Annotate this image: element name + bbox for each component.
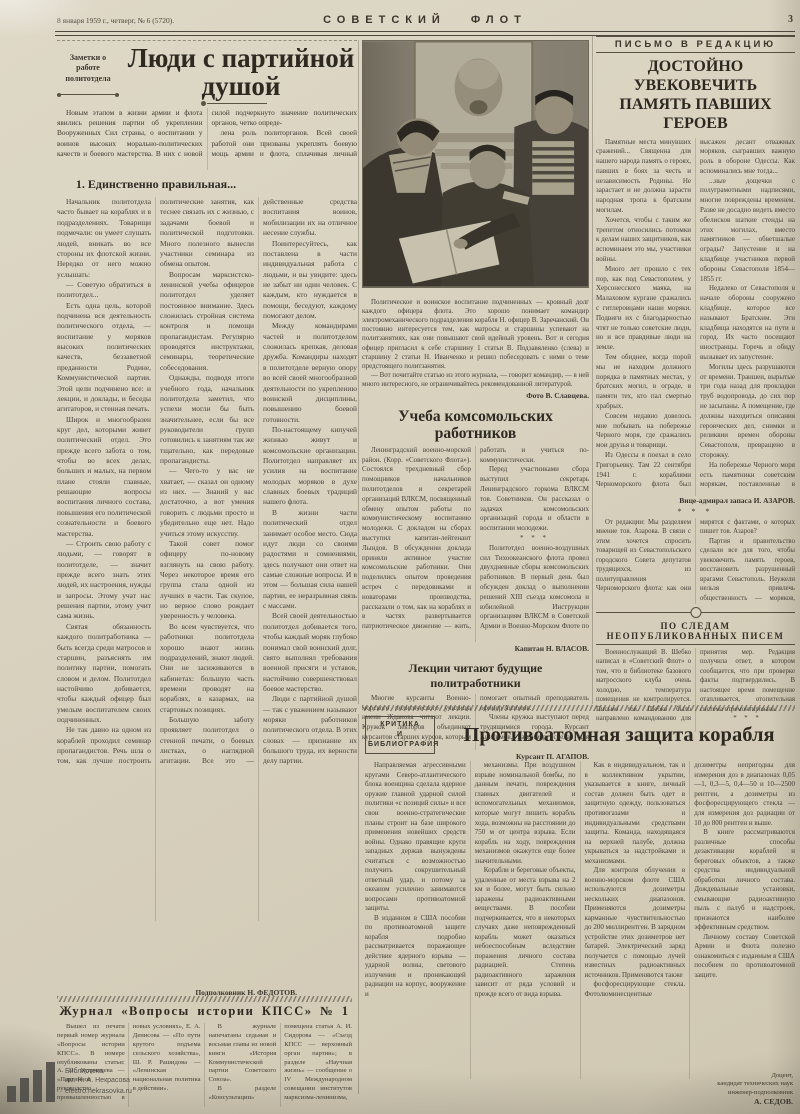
lead-body-columns: Начальник политотдела часто бывает на ко… xyxy=(57,197,357,921)
library-url: electro.nekrasovka.ru xyxy=(65,1088,132,1097)
book-review-article: КРИТИКА И БИБЛИОГРАФИЯ Противоатомная за… xyxy=(365,716,795,1108)
lectures-article-title: Лекции читают будущие политработники xyxy=(362,661,589,691)
lead-kicker: Заметки о работе политотдела xyxy=(57,45,119,100)
photo-sailors-reading xyxy=(362,40,589,288)
right-column: ПИСЬМО В РЕДАКЦИЮ ДОСТОЙНО УВЕКОВЕЧИТЬ П… xyxy=(596,36,795,732)
critique-label-line2: И БИБЛИОГРАФИЯ xyxy=(368,730,432,750)
critique-bibliography-box: КРИТИКА И БИБЛИОГРАФИЯ xyxy=(365,716,435,754)
newspaper-page-scan: { "colors": {"paper": "#d8d1be", "ink": … xyxy=(0,0,800,1114)
column-rule-right xyxy=(592,36,593,704)
library-watermark: Библиотека им. Н. А. Некрасова electro.n… xyxy=(7,1056,132,1102)
photo-credit: Фото В. Славцева. xyxy=(362,391,589,400)
newspaper-title: СОВЕТСКИЙ ФЛОТ xyxy=(55,14,795,26)
headline-ornament-rule xyxy=(207,103,267,104)
circle-divider xyxy=(596,607,795,618)
library-name-line1: Библиотека xyxy=(65,1068,132,1077)
komsomol-training-article: Учеба комсомольских работников Ленинград… xyxy=(362,408,589,653)
journal-title: Журнал «Вопросы истории КПСС» № 1 xyxy=(57,1004,352,1019)
komsomol-article-byline: Капитан Н. ВЛАСОВ. xyxy=(362,644,589,653)
lead-kicker-label: Заметки о работе политотдела xyxy=(57,53,119,84)
library-watermark-text: Библиотека им. Н. А. Некрасова electro.n… xyxy=(65,1068,132,1102)
lead-byline: Подполковник Н. ФЕДОТОВ. xyxy=(195,988,297,997)
follow-up-section-title: ПО СЛЕДАМ НЕОПУБЛИКОВАННЫХ ПИСЕМ xyxy=(596,619,795,645)
lead-headline: Люди с партийной душой xyxy=(125,45,357,100)
masthead: 8 января 1959 г., четверг, № 6 (5720). С… xyxy=(55,13,795,29)
letter-headline: ДОСТОЙНО УВЕКОВЕЧИТЬ ПАМЯТЬ ПАВШИХ ГЕРОЕ… xyxy=(596,58,795,134)
kicker-ornament-rule xyxy=(57,94,119,95)
lead-intro-columns: Новым этапом в жизни армии и флота явили… xyxy=(57,108,357,170)
review-byline: Доцент, кандидат технических наук инжене… xyxy=(717,1072,793,1106)
lead-article: Заметки о работе политотдела Люди с парт… xyxy=(57,40,357,1003)
column-rule-bottom xyxy=(358,714,359,1094)
review-byline-role: Доцент, кандидат технических наук инжене… xyxy=(717,1072,793,1097)
lead-section-heading: 1. Единственно правильная... xyxy=(57,177,255,192)
column-rule-left xyxy=(358,40,359,704)
komsomol-article-columns: Ленинградский военно-морской район. (Кор… xyxy=(362,446,589,642)
page-number: 3 xyxy=(788,14,793,25)
library-name-line2: им. Н. А. Некрасова xyxy=(65,1077,132,1086)
review-byline-name: А. СЕДОВ. xyxy=(717,1097,793,1106)
lead-article-header: Заметки о работе политотдела Люди с парт… xyxy=(57,45,357,100)
stars-separator: * * * xyxy=(596,507,795,516)
middle-column: Политическое и воинское воспитание подчи… xyxy=(362,40,589,761)
letter-body-columns: Памятные места минувших сражений... Свящ… xyxy=(596,138,795,496)
review-header: КРИТИКА И БИБЛИОГРАФИЯ Противоатомная за… xyxy=(365,716,795,754)
letter-kicker: ПИСЬМО В РЕДАКЦИЮ xyxy=(596,36,795,53)
editors-note-columns: От редакции: Мы разделяем мнение тов. Аз… xyxy=(596,518,795,604)
letter-byline: Вице-адмирал запаса И. АЗАРОВ. xyxy=(596,496,795,505)
review-body-columns: Направляемая агрессивными кругами Северо… xyxy=(365,761,795,1079)
review-headline: Противоатомная защита корабля xyxy=(443,724,795,747)
library-bars-logo-icon xyxy=(7,1056,59,1102)
critique-label-line1: КРИТИКА xyxy=(368,720,432,730)
komsomol-article-title: Учеба комсомольских работников xyxy=(362,408,589,443)
photo-caption: Политическое и воинское воспитание подчи… xyxy=(362,298,589,389)
